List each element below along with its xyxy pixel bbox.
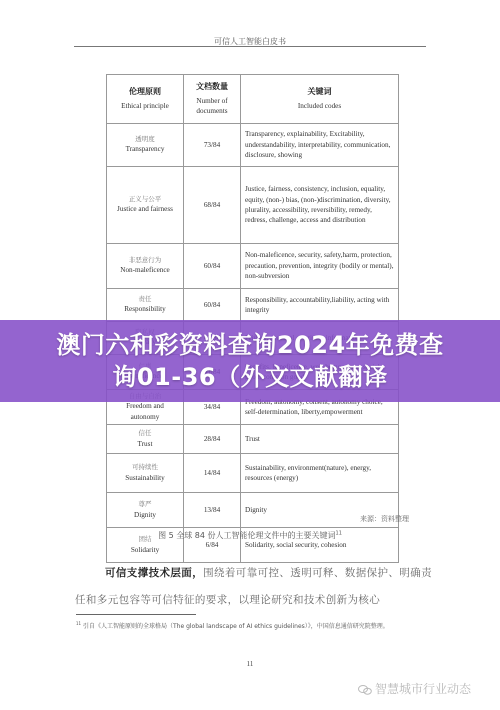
header-en: Ethical principle (121, 102, 169, 110)
header-included-codes: 关键词 Included codes (241, 75, 399, 124)
header-rule (74, 46, 426, 47)
principle-zh: 非恶意行为 (111, 256, 179, 265)
footnote-rule (76, 614, 196, 615)
codes-cell: Sustainability, environment(nature), ene… (241, 454, 399, 493)
principle-en: Dignity (134, 511, 156, 519)
header-number-of-documents: 文档数量 Number of documents (184, 75, 241, 124)
codes-cell: Justice, fairness, consistency, inclusio… (241, 167, 399, 244)
header-zh: 关键词 (245, 86, 394, 98)
page-number: 11 (0, 660, 500, 668)
figure-caption-text: 图 5 全球 84 份人工智能伦理文件中的主要关键词 (158, 531, 335, 540)
header-ethical-principle: 伦理原则 Ethical principle (107, 75, 184, 124)
watermark-text: 智慧城市行业动态 (375, 680, 471, 697)
header-zh: 文档数量 (188, 81, 236, 93)
principle-en: Justice and fairness (117, 205, 173, 213)
principle-en: Solidarity (131, 546, 159, 554)
codes-cell: Trust (241, 425, 399, 454)
principle-zh: 透明度 (111, 135, 179, 144)
header-en: Included codes (298, 102, 341, 110)
table-row: 正义与公平Justice and fairness 68/84 Justice,… (107, 167, 399, 244)
principle-zh: 可持续性 (111, 463, 179, 472)
principle-zh: 信任 (111, 429, 179, 438)
table-row: 透明度Transparency 73/84 Transparency, expl… (107, 124, 399, 167)
table-row: 责任Responsibility 60/84 Responsibility, a… (107, 289, 399, 322)
footnote: 11 引自《人工智能原则的全球格局（The global landscape o… (76, 619, 426, 632)
principle-zh: 尊严 (111, 500, 179, 509)
ethics-keywords-table: 伦理原则 Ethical principle 文档数量 Number of do… (106, 74, 399, 563)
footnote-text: 引自《人工智能原则的全球格局（The global landscape of A… (83, 623, 389, 630)
count-cell: 14/84 (184, 454, 241, 493)
codes-cell: Transparency, explainability, Excitabili… (241, 124, 399, 167)
table-row: 非恶意行为Non-maleficence 60/84 Non-maleficen… (107, 244, 399, 289)
wechat-icon (358, 684, 372, 694)
principle-zh: 责任 (111, 295, 179, 304)
principle-en: Transparency (126, 145, 165, 153)
footnote-ref: 11 (336, 530, 342, 536)
codes-cell: Responsibility, accountability,liability… (241, 289, 399, 322)
principle-cell: 信任Trust (107, 425, 184, 454)
principle-cell: 责任Responsibility (107, 289, 184, 322)
principle-zh: 正义与公平 (111, 195, 179, 204)
principle-en: Trust (138, 440, 153, 448)
principle-cell: 非恶意行为Non-maleficence (107, 244, 184, 289)
count-cell: 73/84 (184, 124, 241, 167)
count-cell: 60/84 (184, 289, 241, 322)
watermark: 智慧城市行业动态 (358, 680, 471, 697)
source-note: 来源：资料整理 (360, 514, 409, 524)
count-cell: 13/84 (184, 493, 241, 528)
table-header-row: 伦理原则 Ethical principle 文档数量 Number of do… (107, 75, 399, 124)
header-en: Number of documents (196, 97, 227, 115)
table-row: 信任Trust 28/84 Trust (107, 425, 399, 454)
header-zh: 伦理原则 (111, 86, 179, 98)
figure-caption: 图 5 全球 84 份人工智能伦理文件中的主要关键词11 (0, 530, 500, 541)
codes-cell: Non-maleficence, security, safety,harm, … (241, 244, 399, 289)
table-row: 可持续性Sustainability 14/84 Sustainability,… (107, 454, 399, 493)
principle-en: Non-maleficence (120, 266, 169, 274)
count-cell: 68/84 (184, 167, 241, 244)
principle-cell: 可持续性Sustainability (107, 454, 184, 493)
principle-en: Freedom and autonomy (126, 402, 164, 420)
principle-en: Sustainability (125, 474, 165, 482)
footnote-marker: 11 (76, 621, 81, 626)
principle-cell: 透明度Transparency (107, 124, 184, 167)
principle-en: Responsibility (124, 305, 166, 313)
overlay-title: 澳门六和彩资料查询2024年免费查询01-36（外文文献翻译 (45, 329, 455, 393)
count-cell: 60/84 (184, 244, 241, 289)
principle-cell: 正义与公平Justice and fairness (107, 167, 184, 244)
principle-cell: 尊严Dignity (107, 493, 184, 528)
paragraph-lead: 可信支撑技术层面， (105, 567, 203, 579)
overlay-banner: 澳门六和彩资料查询2024年免费查询01-36（外文文献翻译 (0, 320, 500, 402)
table-row: 尊严Dignity 13/84 Dignity (107, 493, 399, 528)
body-paragraph: 可信支撑技术层面，围绕着可靠可控、透明可释、数据保护、明确责任和多元包容等可信特… (75, 560, 435, 614)
count-cell: 28/84 (184, 425, 241, 454)
